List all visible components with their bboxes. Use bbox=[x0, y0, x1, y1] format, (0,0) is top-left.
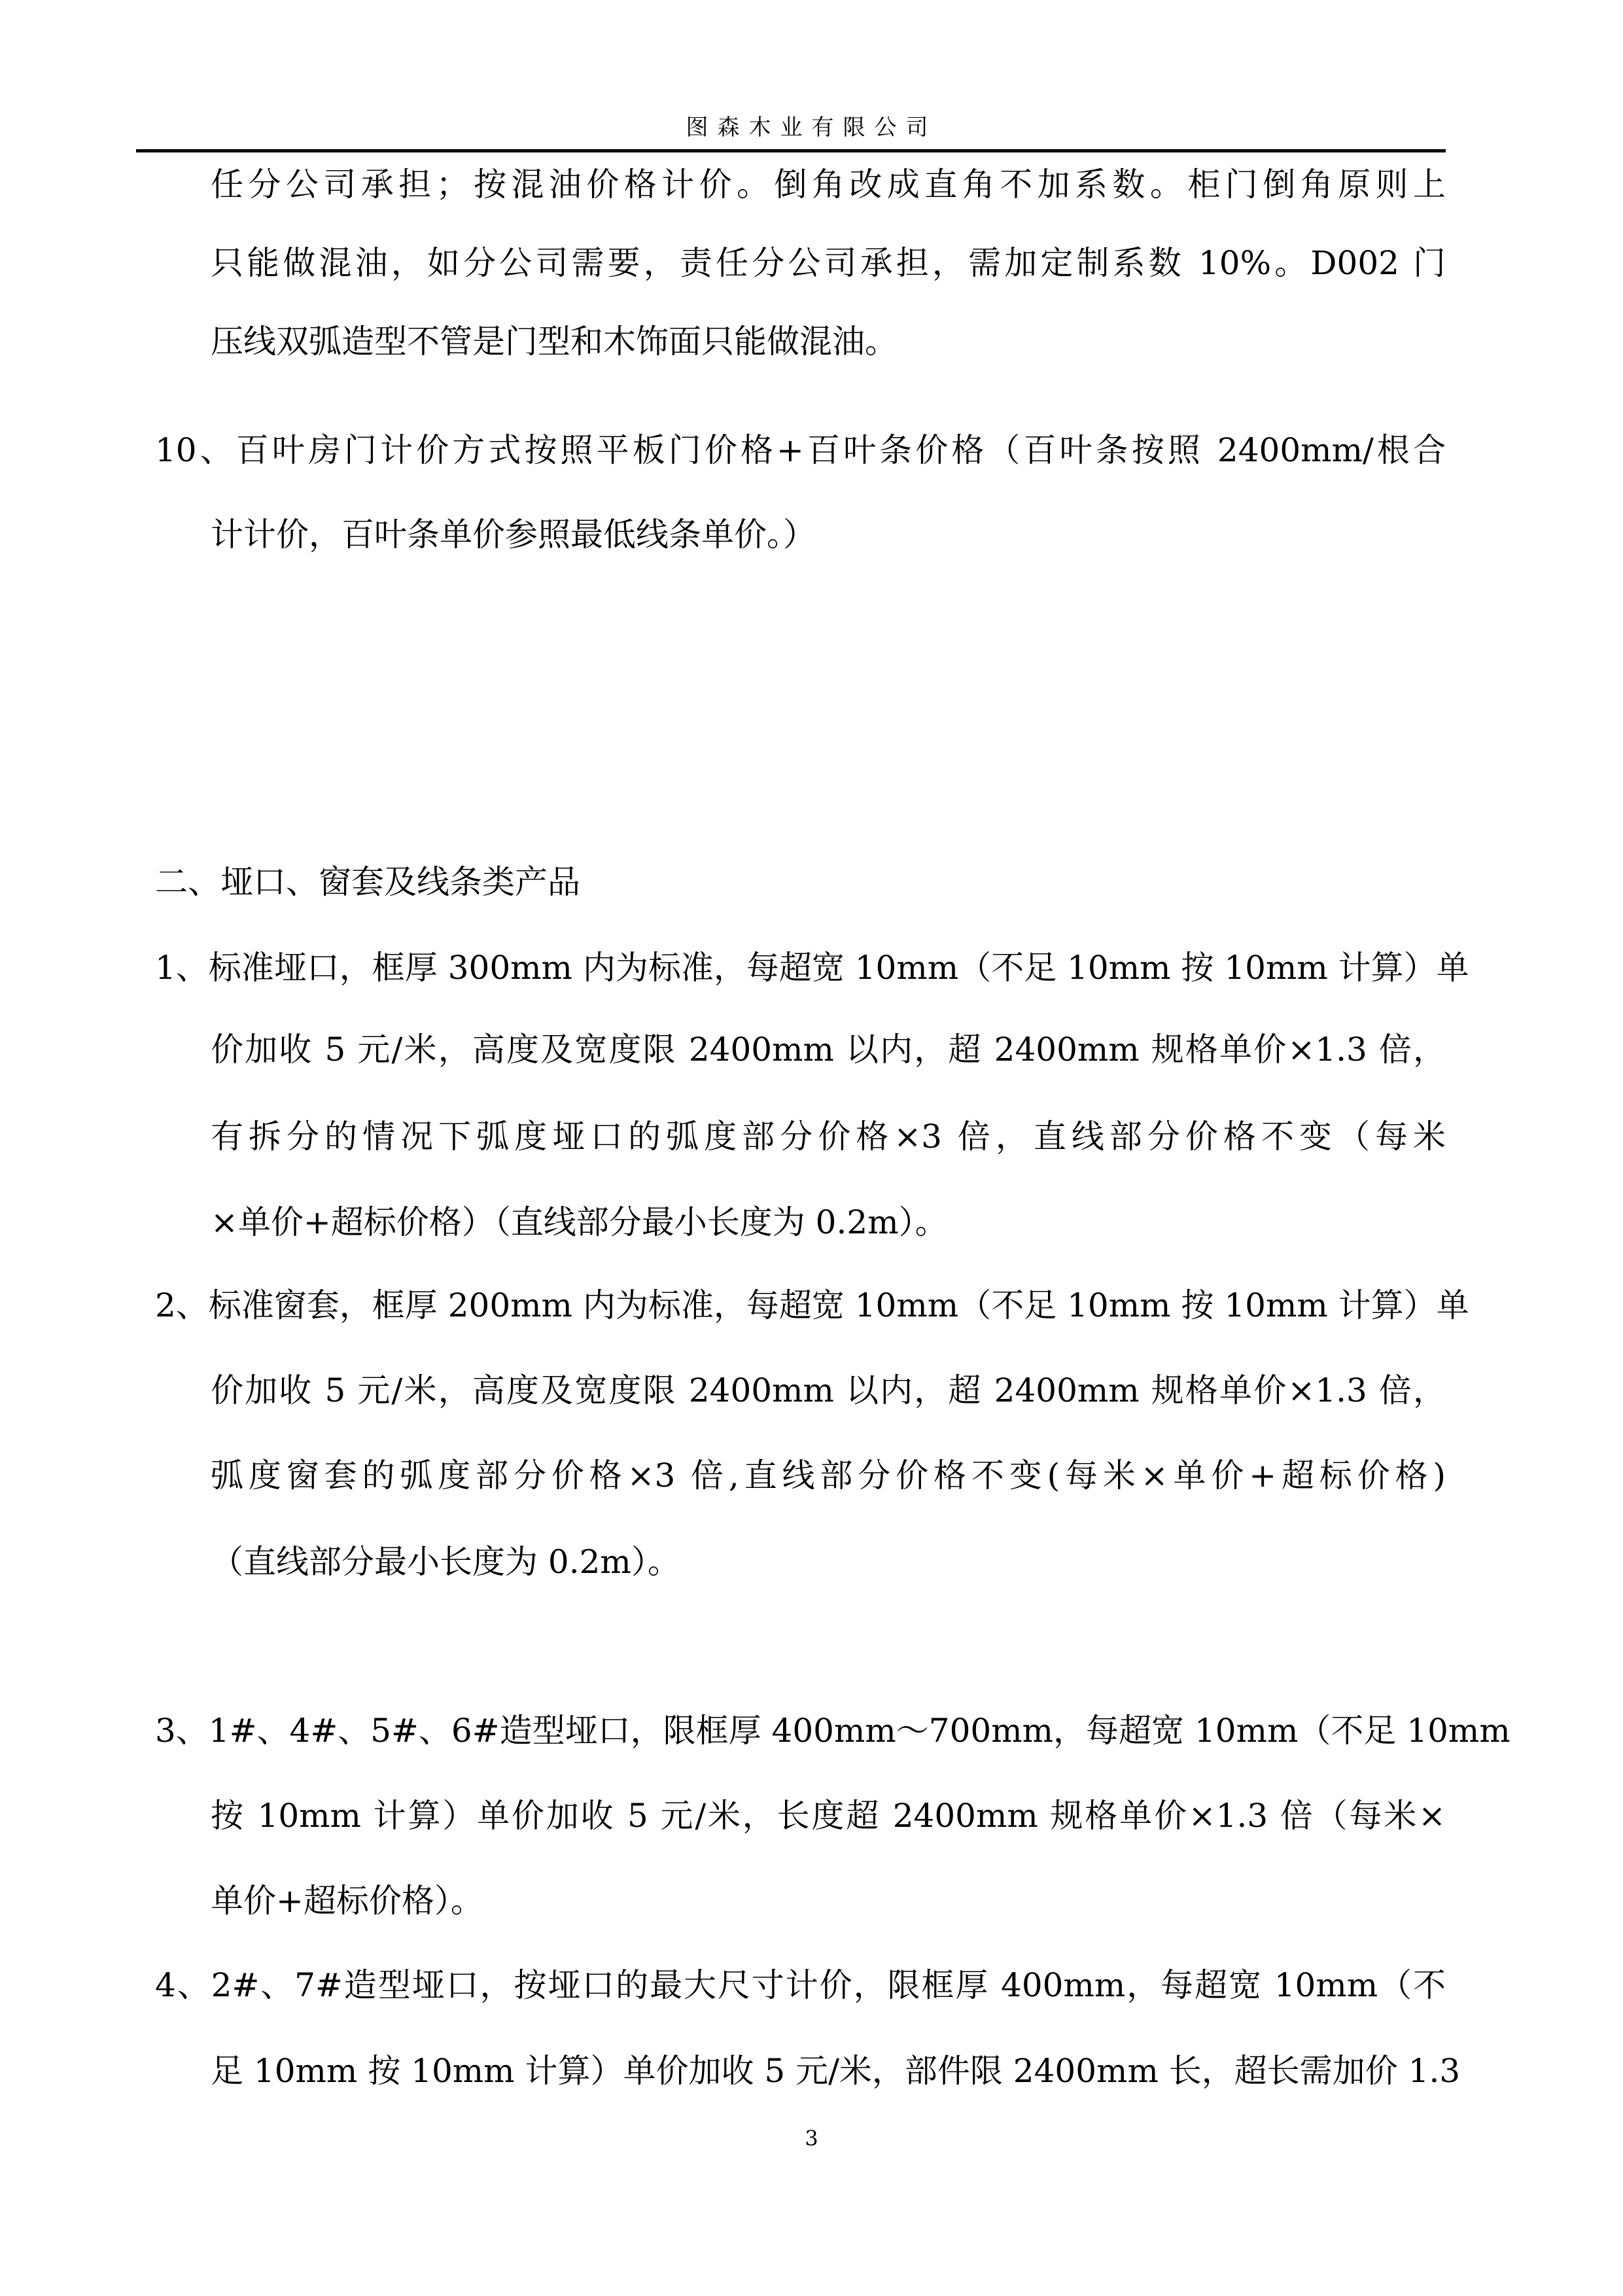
header-rule bbox=[136, 149, 1446, 152]
list-item-2-line: 价加收 5 元/米，高度及宽度限 2400mm 以内，超 2400mm 规格单价… bbox=[211, 1369, 1446, 1411]
list-item-10-line: 计计价，百叶条单价参照最低线条单价。） bbox=[211, 514, 816, 556]
list-item-1-line: 有拆分的情况下弧度垭口的弧度部分价格×3 倍，直线部分价格不变（每米 bbox=[211, 1116, 1446, 1157]
list-item-1-line: ×单价+超标价格）（直线部分最小长度为 0.2m）。 bbox=[211, 1201, 948, 1243]
list-item-2-line: 2、标准窗套，框厚 200mm 内为标准，每超宽 10mm（不足 10mm 按 … bbox=[155, 1284, 1446, 1326]
paragraph-line: 任分公司承担；按混油价格计价。倒角改成直角不加系数。柜门倒角原则上 bbox=[211, 164, 1446, 205]
list-item-3-line: 3、1#、4#、5#、6#造型垭口，限框厚 400mm～700mm，每超宽 10… bbox=[155, 1710, 1446, 1752]
page-number: 3 bbox=[0, 2125, 1623, 2151]
list-item-2-line: 弧度窗套的弧度部分价格×3 倍,直线部分价格不变(每米×单价+超标价格) bbox=[211, 1455, 1446, 1496]
section-heading: 二、垭口、窗套及线条类产品 bbox=[155, 861, 580, 903]
paragraph-line: 只能做混油，如分公司需要，责任分公司承担，需加定制系数 10%。D002 门 bbox=[211, 242, 1446, 284]
list-item-3-line: 按 10mm 计算）单价加收 5 元/米，长度超 2400mm 规格单价×1.3… bbox=[211, 1795, 1446, 1837]
paragraph-line: 压线双弧造型不管是门型和木饰面只能做混油。 bbox=[211, 321, 898, 362]
list-item-2-line: （直线部分最小长度为 0.2m）。 bbox=[211, 1541, 680, 1583]
list-item-4-line: 4、2#、7#造型垭口，按垭口的最大尺寸计价，限框厚 400mm，每超宽 10m… bbox=[155, 1964, 1446, 2006]
list-item-4-line: 足 10mm 按 10mm 计算）单价加收 5 元/米，部件限 2400mm 长… bbox=[211, 2050, 1446, 2092]
list-item-1-line: 价加收 5 元/米，高度及宽度限 2400mm 以内，超 2400mm 规格单价… bbox=[211, 1029, 1446, 1070]
list-item-10-line: 10、百叶房门计价方式按照平板门价格+百叶条价格（百叶条按照 2400mm/根合 bbox=[155, 429, 1446, 471]
list-item-1-line: 1、标准垭口，框厚 300mm 内为标准，每超宽 10mm（不足 10mm 按 … bbox=[155, 947, 1446, 989]
header-company-name: 图森木业有限公司 bbox=[0, 111, 1623, 144]
list-item-3-line: 单价+超标价格）。 bbox=[211, 1880, 483, 1922]
